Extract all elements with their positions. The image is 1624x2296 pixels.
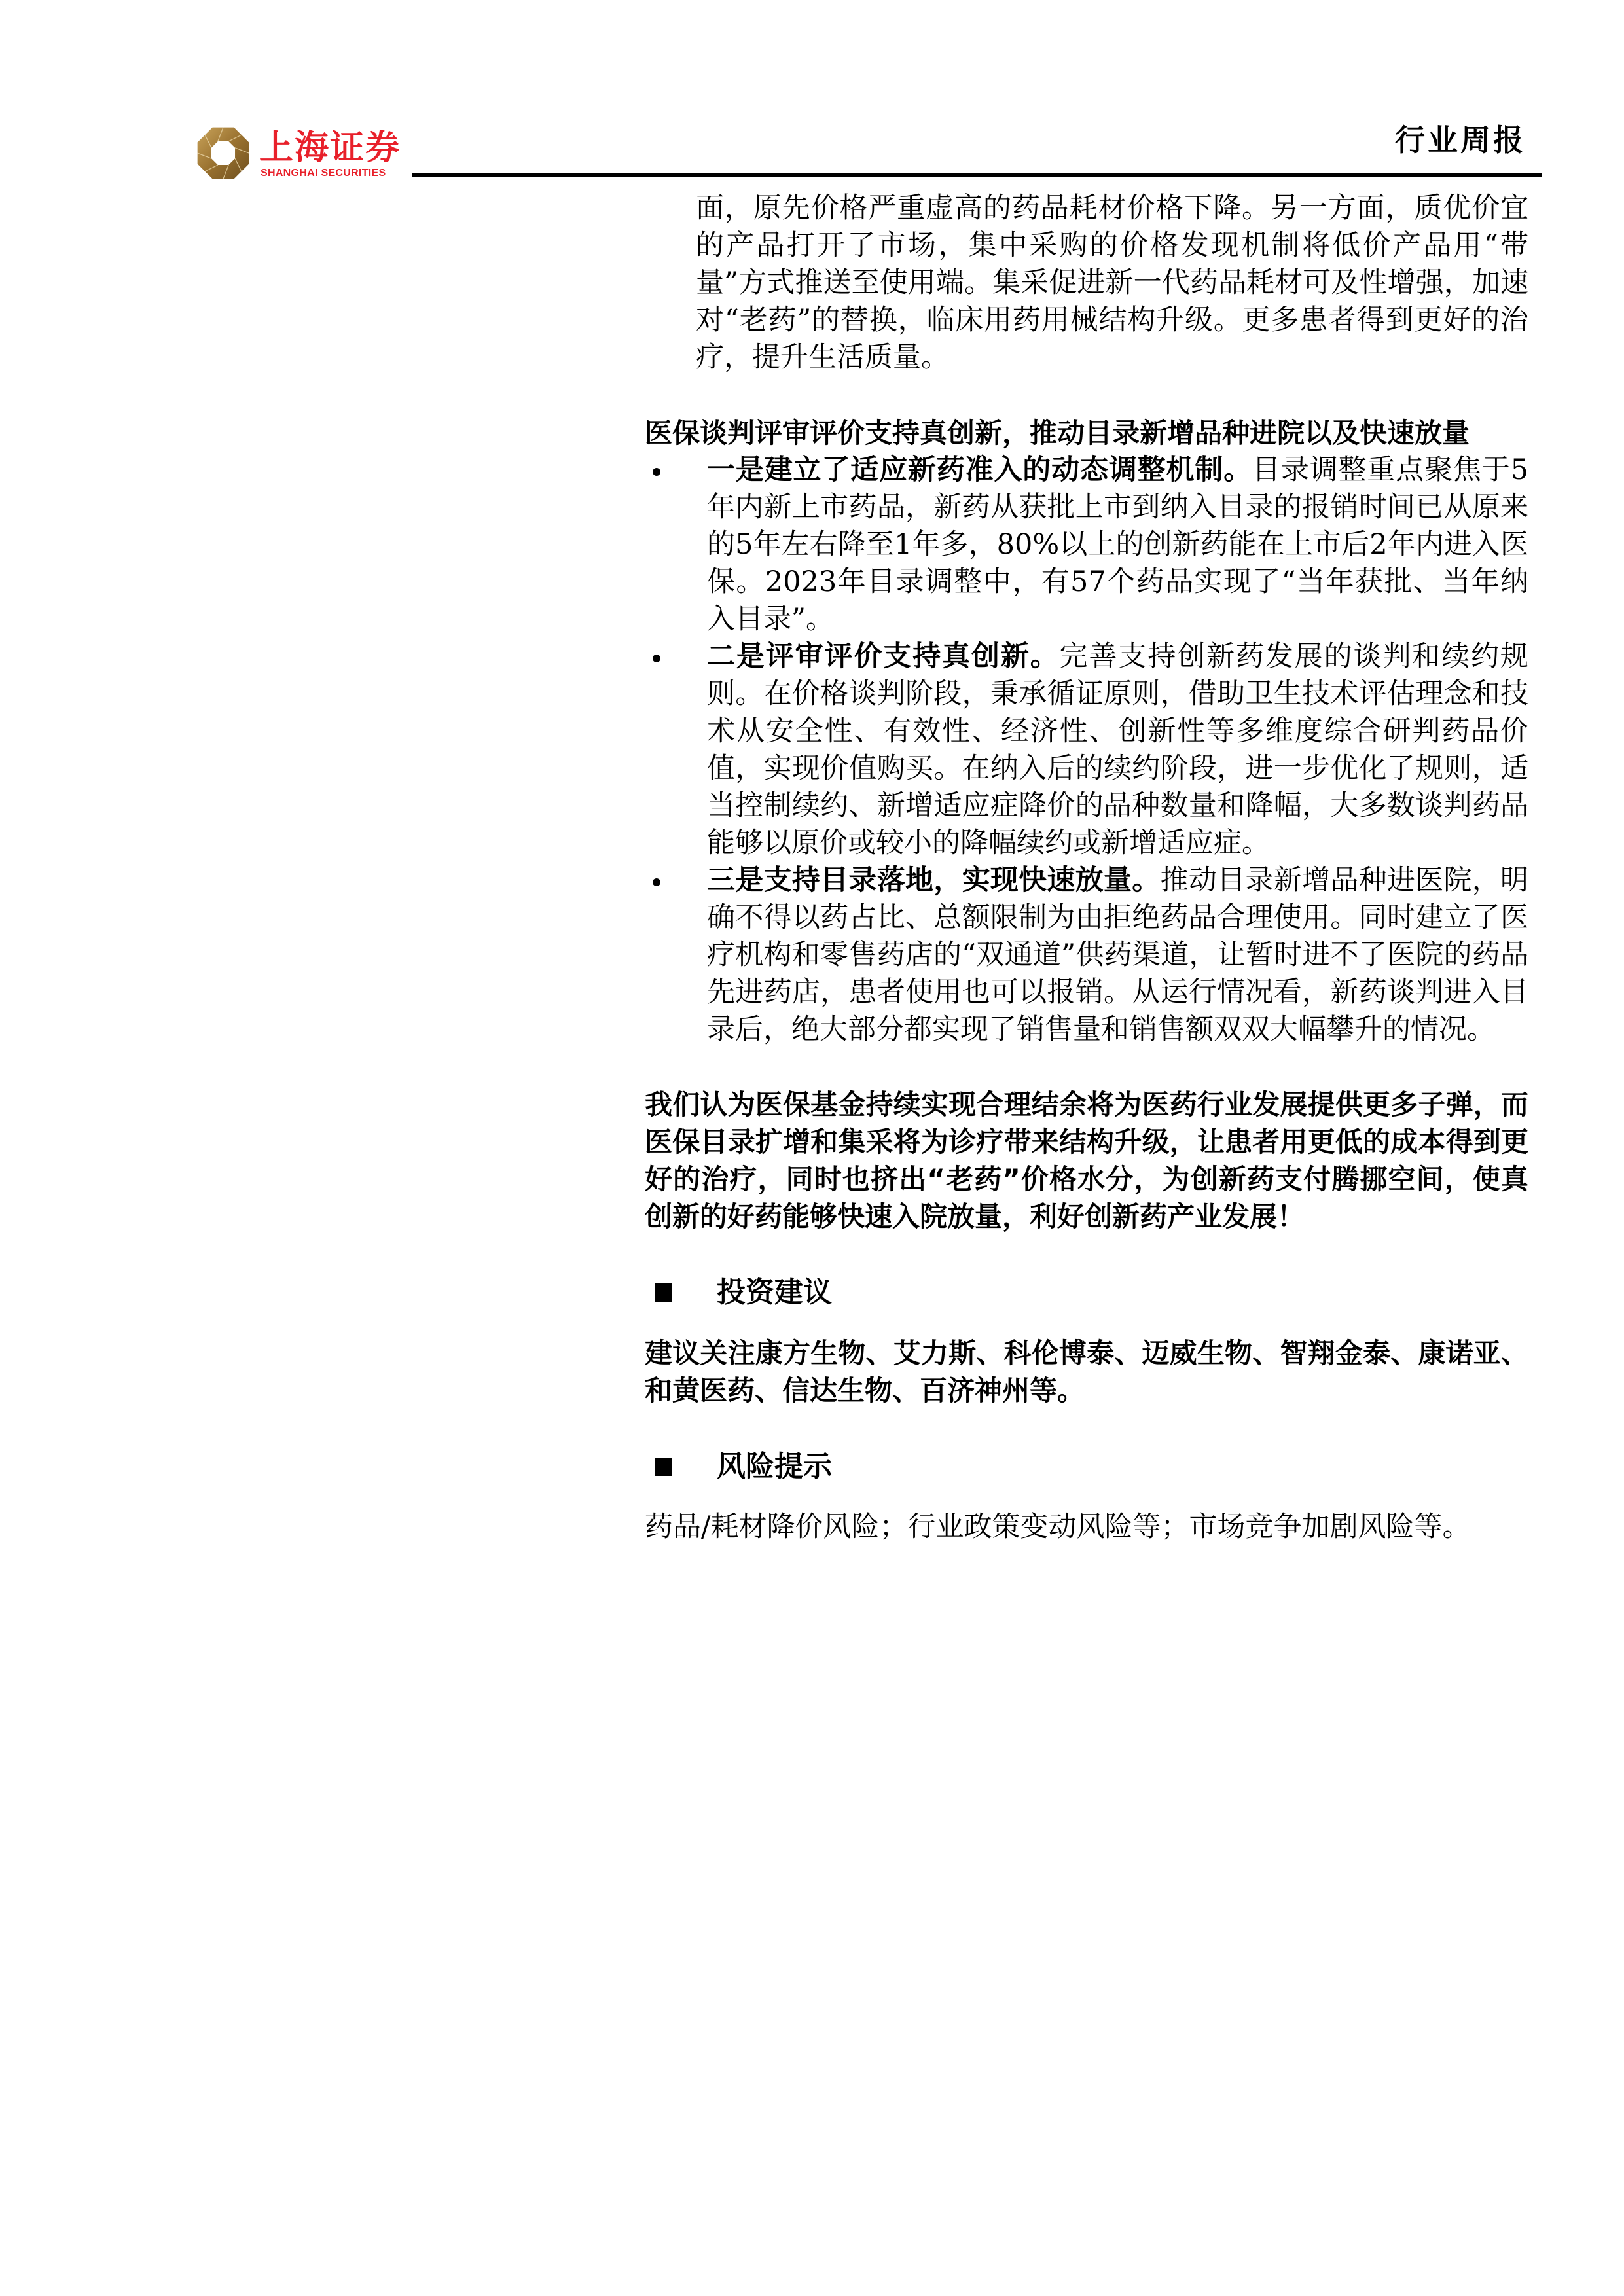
square-bullet-icon [655, 1458, 672, 1476]
bullet-item: 一是建立了适应新药准入的动态调整机制。目录调整重点聚焦于5年内新上市药品，新药从… [645, 452, 1528, 638]
brand-name-cn: 上海证券 [259, 128, 401, 168]
bullet-lead: 一是建立了适应新药准入的动态调整机制。 [707, 454, 1252, 486]
header-divider [412, 173, 1542, 177]
investment-heading-text: 投资建议 [717, 1273, 832, 1312]
section-heading-investment: 投资建议 [645, 1273, 1528, 1312]
document-type-title: 行业周报 [1395, 117, 1526, 160]
bullet-lead: 三是支持目录落地，实现快速放量。 [707, 864, 1161, 897]
shanghai-securities-logo-icon [196, 126, 250, 180]
bullet-item: 三是支持目录落地，实现快速放量。推动目录新增品种进医院，明确不得以药占比、总额限… [645, 862, 1528, 1049]
brand-name-en: SHANGHAI SECURITIES [261, 168, 386, 179]
section-heading-negotiation: 医保谈判评审评价支持真创新，推动目录新增品种进院以及快速放量 [645, 414, 1528, 452]
bullet-icon [653, 468, 660, 476]
bullet-lead: 二是评审评价支持真创新。 [707, 640, 1060, 673]
investment-recommendation: 建议关注康方生物、艾力斯、科伦博泰、迈威生物、智翔金泰、康诺亚、和黄医药、信达生… [645, 1335, 1528, 1409]
square-bullet-icon [655, 1283, 672, 1302]
risk-heading-text: 风险提示 [717, 1447, 832, 1486]
report-body: 面，原先价格严重虚高的药品耗材价格下降。另一方面，质优价宜的产品打开了市场，集中… [645, 190, 1528, 1546]
risk-text: 药品/耗材降价风险；行业政策变动风险等；市场竞争加剧风险等。 [645, 1509, 1528, 1546]
conclusion-paragraph: 我们认为医保基金持续实现合理结余将为医药行业发展提供更多子弹，而医保目录扩增和集… [645, 1086, 1528, 1235]
bullet-icon [653, 878, 660, 886]
bullet-item: 二是评审评价支持真创新。完善支持创新药发展的谈判和续约规则。在价格谈判阶段，秉承… [645, 638, 1528, 862]
bullet-text: 完善支持创新药发展的谈判和续约规则。在价格谈判阶段，秉承循证原则，借助卫生技术评… [707, 640, 1528, 859]
negotiation-bullet-list: 一是建立了适应新药准入的动态调整机制。目录调整重点聚焦于5年内新上市药品，新药从… [645, 452, 1528, 1049]
intro-paragraph: 面，原先价格严重虚高的药品耗材价格下降。另一方面，质优价宜的产品打开了市场，集中… [645, 190, 1528, 376]
bullet-icon [653, 655, 660, 662]
section-heading-risk: 风险提示 [645, 1447, 1528, 1486]
